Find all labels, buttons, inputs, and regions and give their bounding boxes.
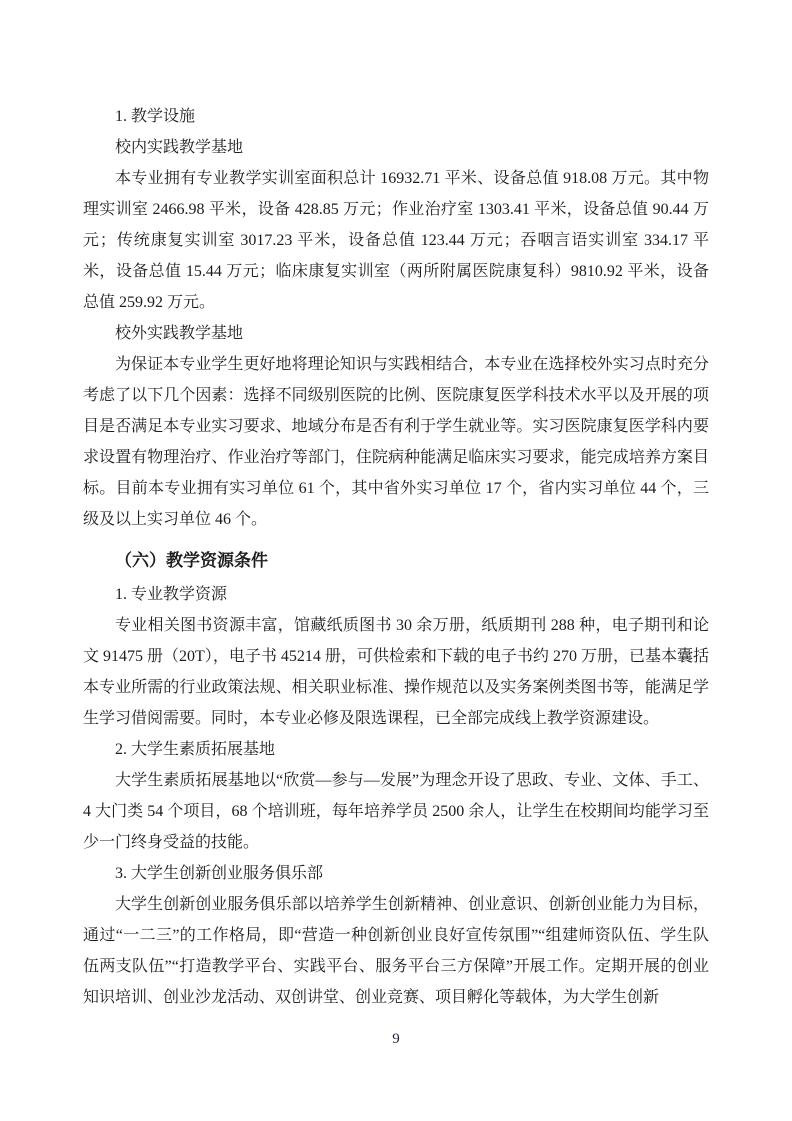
subheading-on-campus-base: 校内实践教学基地 — [83, 132, 709, 163]
subheading-off-campus-base: 校外实践教学基地 — [83, 318, 709, 349]
heading-innovation-club: 3. 大学生创新创业服务俱乐部 — [83, 858, 709, 889]
paragraph-library-resources: 专业相关图书资源丰富，馆藏纸质图书 30 余万册，纸质期刊 288 种，电子期刊… — [83, 610, 709, 734]
page-number: 9 — [0, 1031, 792, 1048]
paragraph-off-campus-internship: 为保证本专业学生更好地将理论知识与实践相结合，本专业在选择校外实习点时充分考虑了… — [83, 349, 709, 535]
paragraph-innovation-club: 大学生创新创业服务俱乐部以培养学生创新精神、创业意识、创新创业能力为目标，通过“… — [83, 889, 709, 1013]
section-heading-teaching-resources: （六）教学资源条件 — [83, 545, 709, 576]
document-page: 1. 教学设施 校内实践教学基地 本专业拥有专业教学实训室面积总计 16932.… — [0, 0, 792, 1121]
heading-teaching-facilities: 1. 教学设施 — [83, 101, 709, 132]
paragraph-on-campus-facilities: 本专业拥有专业教学实训室面积总计 16932.71 平米、设备总值 918.08… — [83, 163, 709, 318]
paragraph-quality-development: 大学生素质拓展基地以“欣赏—参与—发展”为理念开设了思政、专业、文体、手工、4 … — [83, 765, 709, 858]
heading-professional-resources: 1. 专业教学资源 — [83, 579, 709, 610]
page-content: 1. 教学设施 校内实践教学基地 本专业拥有专业教学实训室面积总计 16932.… — [83, 101, 709, 1013]
heading-quality-development-base: 2. 大学生素质拓展基地 — [83, 734, 709, 765]
